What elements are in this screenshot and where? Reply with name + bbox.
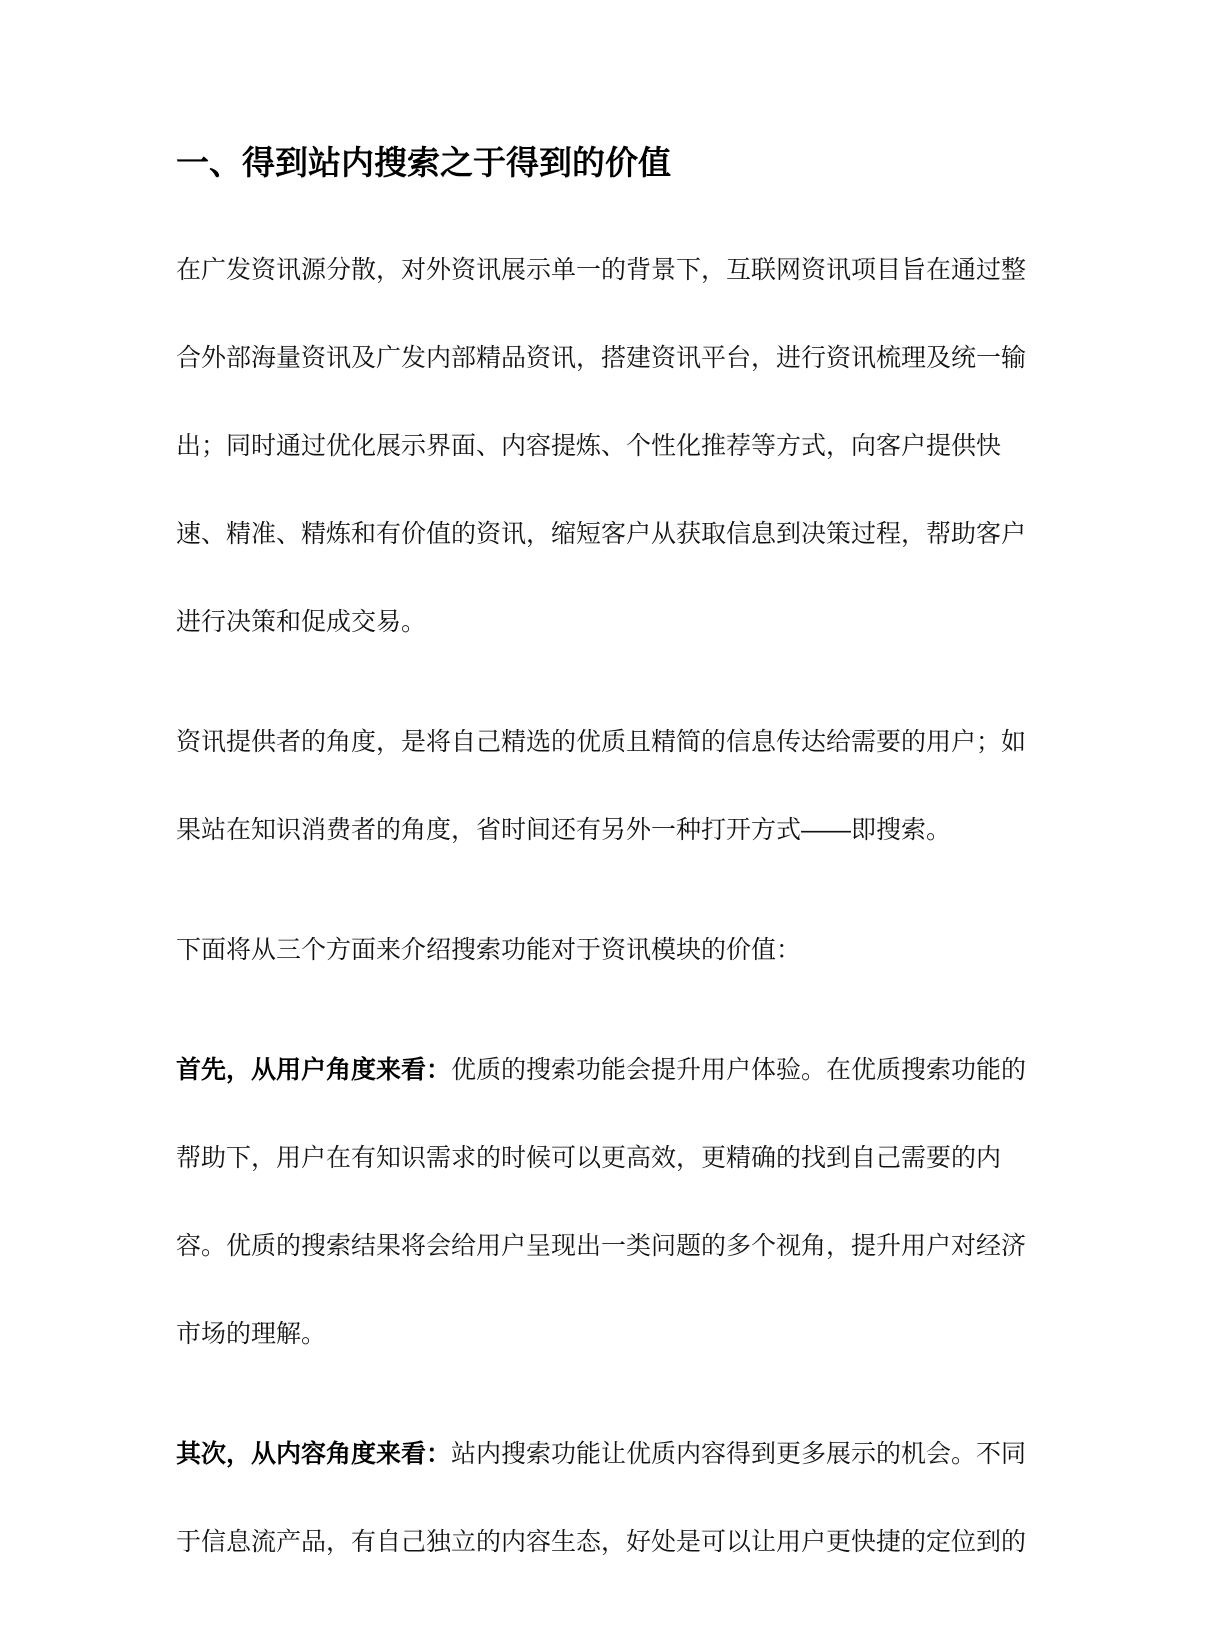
text-run: 站内搜索功能让优质内容得到更多展示的机会。不同 — [451, 1440, 1026, 1468]
bold-lead-text: 其次，从内容角度来看： — [176, 1440, 451, 1468]
text-line: 容。优质的搜索结果将会给用户呈现出一类问题的多个视角，提升用户对经济 — [176, 1202, 1030, 1290]
paragraph: 资讯提供者的角度，是将自己精选的优质且精简的信息传达给需要的用户；如 果站在知识… — [176, 698, 1030, 874]
document-page: 一、得到站内搜索之于得到的价值 在广发资讯源分散，对外资讯展示单一的背景下，互联… — [0, 0, 1206, 1646]
text-line: 资讯提供者的角度，是将自己精选的优质且精简的信息传达给需要的用户；如 — [176, 698, 1030, 786]
text-line: 其次，从内容角度来看：站内搜索功能让优质内容得到更多展示的机会。不同 — [176, 1410, 1030, 1498]
paragraph: 下面将从三个方面来介绍搜索功能对于资讯模块的价值： — [176, 906, 1030, 994]
text-line: 果站在知识消费者的角度，省时间还有另外一种打开方式——即搜索。 — [176, 786, 1030, 874]
text-line: 进行决策和促成交易。 — [176, 578, 1030, 666]
text-line: 速、精准、精炼和有价值的资讯，缩短客户从获取信息到决策过程，帮助客户 — [176, 490, 1030, 578]
text-line: 下面将从三个方面来介绍搜索功能对于资讯模块的价值： — [176, 906, 1030, 994]
text-line: 帮助下，用户在有知识需求的时候可以更高效，更精确的找到自己需要的内 — [176, 1114, 1030, 1202]
text-line: 市场的理解。 — [176, 1290, 1030, 1378]
text-run: 优质的搜索功能会提升用户体验。在优质搜索功能的 — [451, 1056, 1026, 1084]
text-line: 出；同时通过优化展示界面、内容提炼、个性化推荐等方式，向客户提供快 — [176, 402, 1030, 490]
paragraph: 其次，从内容角度来看：站内搜索功能让优质内容得到更多展示的机会。不同 于信息流产… — [176, 1410, 1030, 1586]
text-line: 首先，从用户角度来看：优质的搜索功能会提升用户体验。在优质搜索功能的 — [176, 1026, 1030, 1114]
text-line: 在广发资讯源分散，对外资讯展示单一的背景下，互联网资讯项目旨在通过整 — [176, 226, 1030, 314]
text-line: 于信息流产品，有自己独立的内容生态，好处是可以让用户更快捷的定位到的 — [176, 1498, 1030, 1586]
paragraph: 在广发资讯源分散，对外资讯展示单一的背景下，互联网资讯项目旨在通过整 合外部海量… — [176, 226, 1030, 666]
text-line: 合外部海量资讯及广发内部精品资讯，搭建资讯平台，进行资讯梳理及统一输 — [176, 314, 1030, 402]
paragraph: 首先，从用户角度来看：优质的搜索功能会提升用户体验。在优质搜索功能的 帮助下，用… — [176, 1026, 1030, 1378]
bold-lead-text: 首先，从用户角度来看： — [176, 1056, 451, 1084]
document-heading: 一、得到站内搜索之于得到的价值 — [176, 140, 1030, 186]
